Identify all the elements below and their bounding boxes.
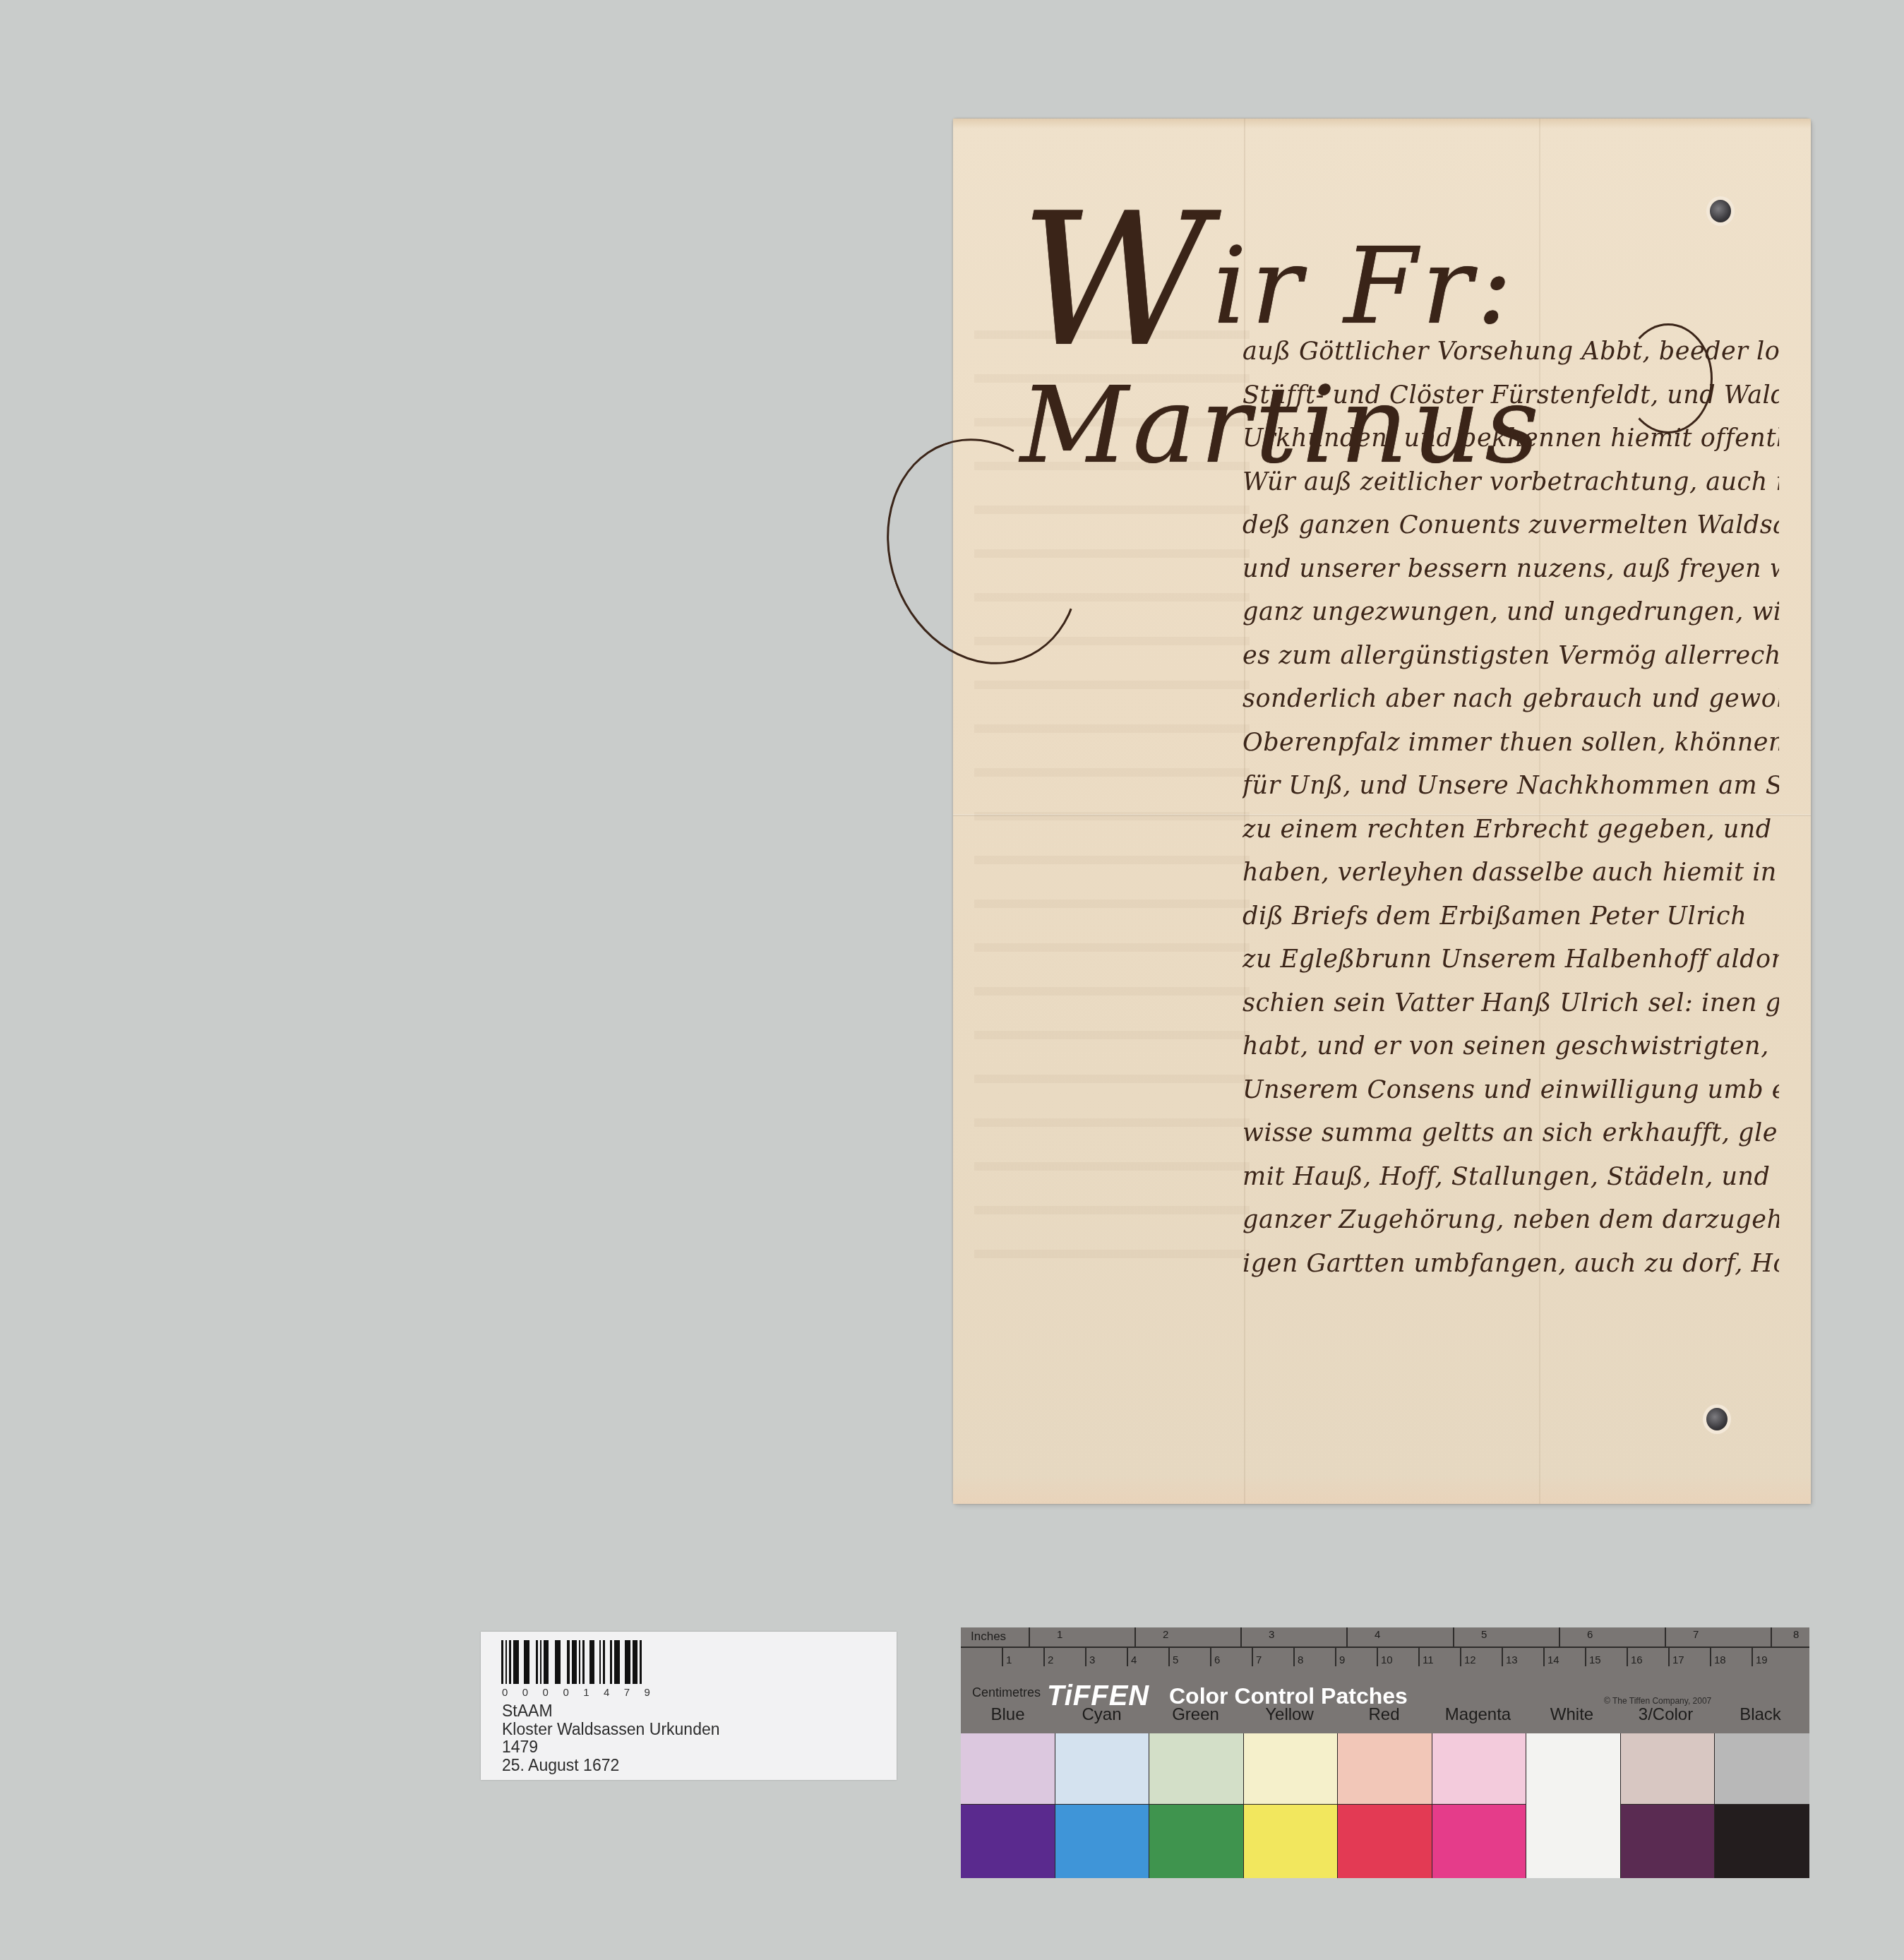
barcode-digit: 9	[645, 1687, 650, 1699]
patch-light	[961, 1733, 1055, 1805]
patch-black	[1715, 1733, 1809, 1878]
barcode-digit: 0	[502, 1687, 508, 1699]
text-line: es zum allergünstigsten Vermög allerrech…	[1243, 635, 1779, 679]
text-line: igen Gartten umbfangen, auch zu dorf, Ho…	[1243, 1243, 1779, 1286]
cm-tick-label: 3	[1089, 1654, 1095, 1666]
bottom-grommet-icon	[1706, 1408, 1728, 1430]
patch-white	[1526, 1733, 1621, 1878]
barcode-digit: 0	[522, 1687, 528, 1699]
patch-light	[1621, 1733, 1715, 1805]
inch-ruler: Inches	[961, 1627, 1809, 1648]
patch-name: 3/Color	[1619, 1705, 1713, 1725]
patch-light	[1432, 1733, 1526, 1805]
color-control-chart: Inches 1 2 3 4 5 6 7 8	[961, 1627, 1809, 1878]
inch-tick-label: 6	[1587, 1629, 1593, 1641]
text-line: ganzer Zugehörung, neben dem darzugehör-	[1243, 1199, 1779, 1243]
patch-dark	[1338, 1805, 1432, 1878]
patch-name: Black	[1713, 1705, 1807, 1725]
patch-light	[1338, 1733, 1432, 1805]
text-line: sonderlich aber nach gebrauch und gewohn…	[1243, 678, 1779, 722]
patch-dark	[1432, 1805, 1526, 1878]
cm-tick-label: 8	[1298, 1654, 1303, 1666]
text-line: zu einem rechten Erbrecht gegeben, und v…	[1243, 808, 1779, 852]
patch-name: Yellow	[1243, 1705, 1336, 1725]
patch-dark	[1621, 1805, 1715, 1878]
cm-tick-label: 14	[1547, 1654, 1559, 1666]
patch-light	[1715, 1733, 1809, 1805]
text-line: ganz ungezwungen, und ungedrungen, wie W…	[1243, 591, 1779, 635]
chart-header: Inches 1 2 3 4 5 6 7 8	[961, 1627, 1809, 1733]
patch-green	[1149, 1733, 1244, 1878]
document-number: 1479	[502, 1738, 720, 1757]
barcode-digit: 1	[583, 1687, 589, 1699]
cm-tick-label: 18	[1714, 1654, 1726, 1666]
inch-tick-label: 4	[1375, 1629, 1380, 1641]
patch-name: Blue	[961, 1705, 1055, 1725]
patch-dark	[1244, 1805, 1338, 1878]
text-line: Unserem Consens und einwilligung umb ein…	[1243, 1069, 1779, 1113]
cm-tick-label: 11	[1423, 1654, 1434, 1666]
text-line: diß Briefs dem Erbißamen Peter Ulrich	[1243, 895, 1779, 939]
patch-dark	[1149, 1805, 1243, 1878]
patch-dark	[961, 1805, 1055, 1878]
text-line: schien sein Vatter Hanß Ulrich sel: inen…	[1243, 982, 1779, 1026]
patch-light	[1149, 1733, 1243, 1805]
patch-yellow	[1244, 1733, 1339, 1878]
cm-tick-label: 16	[1631, 1654, 1643, 1666]
cm-tick-label: 15	[1589, 1654, 1601, 1666]
inch-tick-label: 5	[1481, 1629, 1487, 1641]
patch-name: Red	[1337, 1705, 1431, 1725]
cm-tick-label: 13	[1506, 1654, 1518, 1666]
cm-tick-label: 1	[1006, 1654, 1012, 1666]
text-line: wisse summa geltts an sich erkhaufft, gl…	[1243, 1112, 1779, 1156]
text-line: Oberenpfalz immer thuen sollen, khönnen,…	[1243, 722, 1779, 765]
color-patches	[961, 1733, 1809, 1878]
patch-light	[1526, 1733, 1620, 1804]
patch-light	[1244, 1733, 1338, 1805]
inch-tick-label: 3	[1269, 1629, 1274, 1641]
text-line: Wür auß zeitlicher vorbetrachtung, auch …	[1243, 461, 1779, 505]
collection-name: Kloster Waldsassen Urkunden	[502, 1721, 720, 1739]
patch-dark	[1715, 1805, 1809, 1878]
patch-3color	[1621, 1733, 1716, 1878]
text-line: haben, verleyhen dasselbe auch hiemit in…	[1243, 851, 1779, 895]
document-date: 25. August 1672	[502, 1757, 720, 1775]
text-line: Urkhunden, und bekhennen hiemit offentli…	[1243, 417, 1779, 461]
manuscript-text-body: auß Göttlicher Vorsehung Abbt, beeder lo…	[1243, 330, 1779, 1286]
cm-tick-label: 12	[1464, 1654, 1476, 1666]
cm-tick-label: 4	[1131, 1654, 1137, 1666]
paper-edge-bottom	[953, 1476, 1811, 1504]
inch-tick-label: 7	[1693, 1629, 1699, 1641]
inch-tick-label: 1	[1057, 1629, 1062, 1641]
text-line: habt, und er von seinen geschwistrigten,…	[1243, 1025, 1779, 1069]
cm-tick-label: 2	[1048, 1654, 1053, 1666]
text-line: zu Egleßbrunn Unserem Halbenhoff aldort,…	[1243, 938, 1779, 982]
text-line: und unserer bessern nuzens, auß freyen w…	[1243, 548, 1779, 592]
barcode-digit: 0	[543, 1687, 549, 1699]
patch-name: White	[1525, 1705, 1619, 1725]
patch-dark	[1055, 1805, 1149, 1878]
cm-tick-label: 5	[1173, 1654, 1178, 1666]
patch-name: Magenta	[1431, 1705, 1525, 1725]
barcode-digits: 0 0 0 0 1 4 7 9	[502, 1687, 650, 1699]
barcode-icon	[501, 1640, 644, 1684]
cm-tick-label: 17	[1672, 1654, 1684, 1666]
barcode-digit: 7	[624, 1687, 630, 1699]
patch-cyan	[1055, 1733, 1150, 1878]
cm-tick-label: 7	[1256, 1654, 1262, 1666]
patch-magenta	[1432, 1733, 1527, 1878]
patch-red	[1338, 1733, 1432, 1878]
archive-label: 0 0 0 0 1 4 7 9 StAAM Kloster Waldsassen…	[481, 1632, 897, 1780]
patch-name: Green	[1149, 1705, 1243, 1725]
barcode-digit: 4	[604, 1687, 609, 1699]
cm-tick-label: 6	[1214, 1654, 1220, 1666]
patch-names: Blue Cyan Green Yellow Red Magenta White…	[961, 1705, 1809, 1733]
manuscript-page: Wir Fr: Martinus auß Göttlicher Vorsehun…	[953, 119, 1811, 1504]
patch-blue	[961, 1733, 1055, 1878]
cm-tick-label: 19	[1756, 1654, 1768, 1666]
inches-label: Inches	[971, 1630, 1006, 1644]
paper-edge-top	[953, 119, 1811, 129]
cm-tick-label: 10	[1381, 1654, 1393, 1666]
copyright-text: © The Tiffen Company, 2007	[1604, 1696, 1711, 1706]
text-line: mit Hauß, Hoff, Stallungen, Städeln, und	[1243, 1156, 1779, 1200]
text-line: deß ganzen Conuents zuvermelten Waldsass…	[1243, 504, 1779, 548]
text-line: für Unß, und Unsere Nachkhommen am Stüff…	[1243, 765, 1779, 808]
barcode-digit: 0	[563, 1687, 568, 1699]
inch-tick-label: 8	[1793, 1629, 1799, 1641]
text-line: auß Göttlicher Vorsehung Abbt, beeder lo…	[1243, 330, 1779, 374]
cm-tick-label: 9	[1339, 1654, 1345, 1666]
text-line: Stüfft- und Clöster Fürstenfeldt, und Wa…	[1243, 374, 1779, 418]
inch-tick-label: 2	[1163, 1629, 1168, 1641]
patch-dark	[1526, 1804, 1620, 1878]
patch-name: Cyan	[1055, 1705, 1149, 1725]
heading-initial: W	[1020, 174, 1213, 388]
centimetres-label: Centimetres	[972, 1685, 1041, 1700]
label-text: StAAM Kloster Waldsassen Urkunden 1479 2…	[502, 1702, 720, 1774]
patch-light	[1055, 1733, 1149, 1805]
archive-name: StAAM	[502, 1702, 720, 1721]
